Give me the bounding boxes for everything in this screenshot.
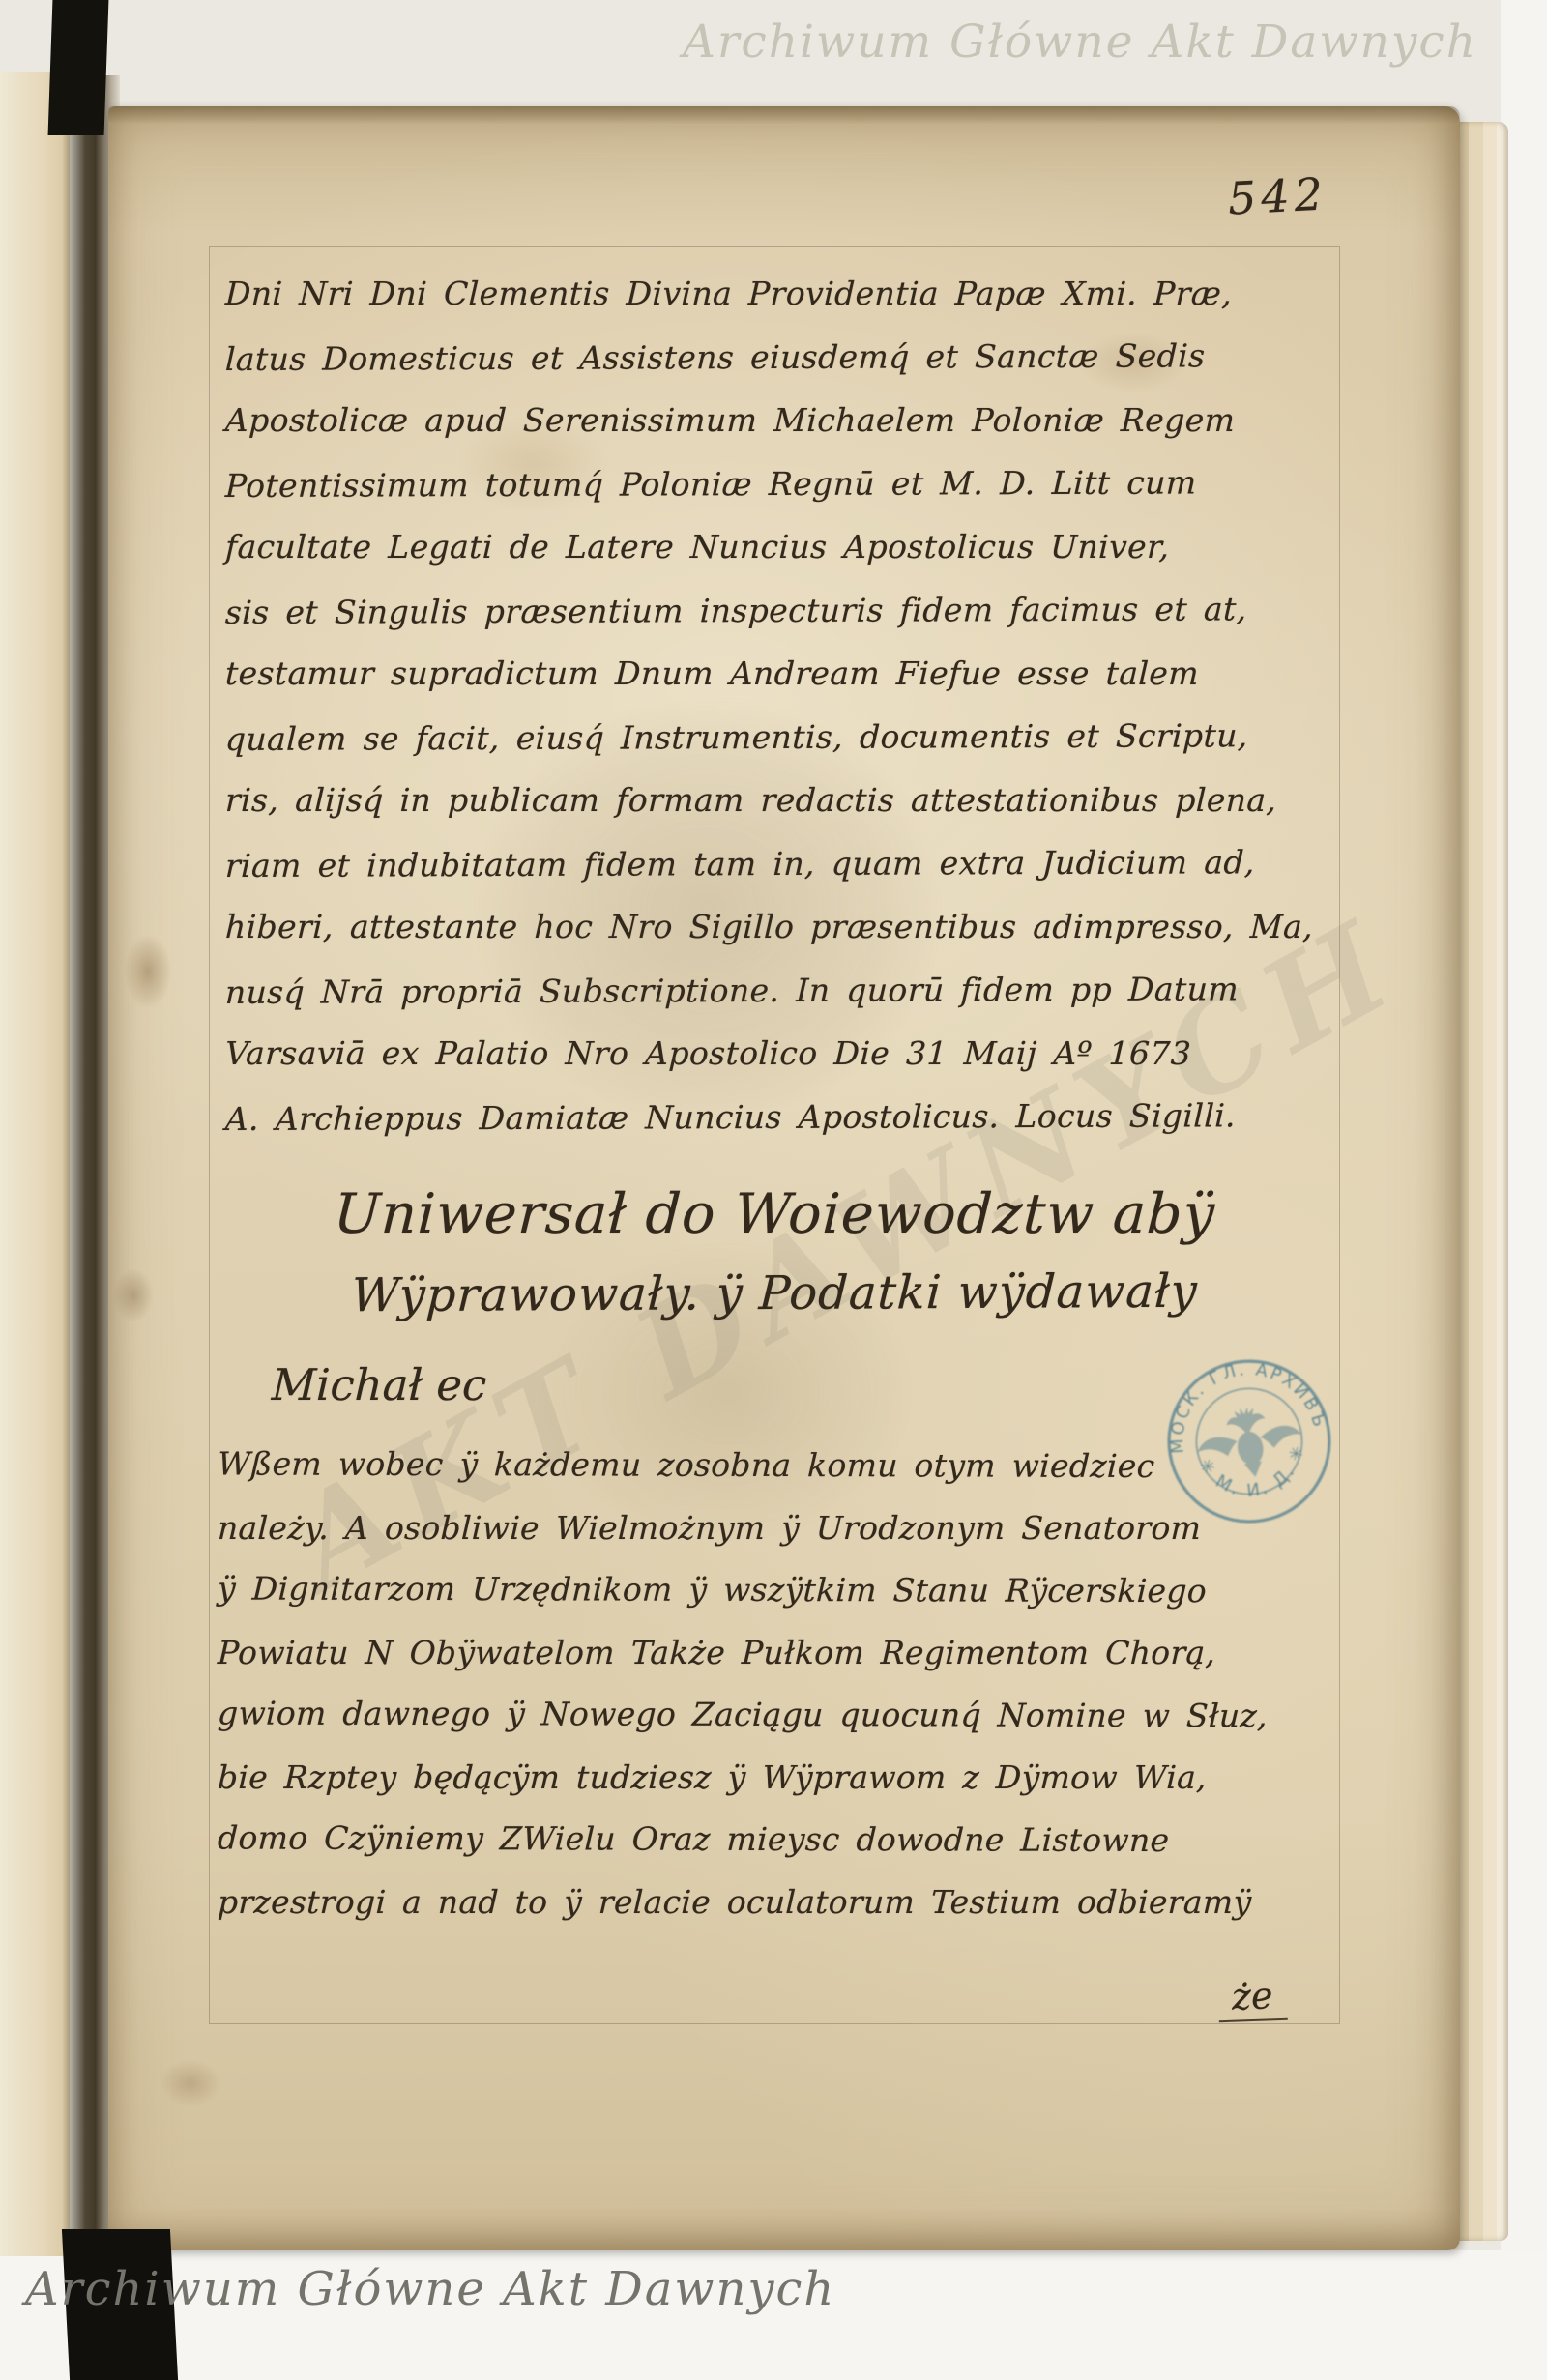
archive-stamp: МОСК. ГЛ. АРХИВЪ ✳ М. И. Д. ✳ bbox=[1148, 1340, 1352, 1544]
latin-attestation-text: Dni Nri Dni Clementis Divina Providentia… bbox=[210, 247, 1339, 1148]
manuscript-line: facultate Legati de Latere Nuncius Apost… bbox=[224, 515, 1332, 579]
manuscript-line: Powiatu N Obÿwatelom Także Pułkom Regime… bbox=[217, 1622, 1340, 1685]
manuscript-line: bie Rzptey będącÿm tudziesz ÿ Wÿprawom z… bbox=[217, 1747, 1340, 1810]
book-spine-bottom bbox=[62, 2229, 178, 2380]
manuscript-line: qualem se facit, eiusq́ Instrumentis, do… bbox=[224, 704, 1332, 770]
manuscript-page: AKT DAWNYCH 542 Dni Nri Dni Clementis Di… bbox=[108, 106, 1460, 2250]
universal-heading: Uniwersał do Woiewodztw abÿ Wÿprawowały.… bbox=[210, 1174, 1339, 1332]
manuscript-line: ris, alijsq́ in publicam formam redactis… bbox=[224, 769, 1332, 832]
page-stack-edges bbox=[1456, 122, 1508, 2241]
manuscript-line: Dni Nri Dni Clementis Divina Providentia… bbox=[224, 262, 1332, 326]
heading-line-2: Wÿprawowały. ÿ Podatki wÿdawały bbox=[208, 1252, 1341, 1335]
facing-page-edge bbox=[0, 72, 70, 2256]
manuscript-line: testamur supradictum Dnum Andream Fiefue… bbox=[224, 642, 1332, 706]
manuscript-line: Varsaviā ex Palatio Nro Apostolico Die 3… bbox=[224, 1022, 1332, 1086]
catchword: że bbox=[1218, 1974, 1288, 2022]
archive-watermark-top: Archiwum Główne Akt Dawnych bbox=[683, 15, 1477, 69]
paper-stain bbox=[147, 2049, 234, 2117]
manuscript-line: nusq́ Nrā propriā Subscriptione. In quor… bbox=[224, 957, 1332, 1024]
manuscript-line: hiberi, attestante hoc Nro Sigillo præse… bbox=[224, 895, 1332, 959]
manuscript-line: A. Archieppus Damiatæ Nuncius Apostolicu… bbox=[224, 1084, 1332, 1150]
manuscript-line: domo Czÿniemy ZWielu Oraz mieysc dowodne… bbox=[217, 1807, 1340, 1872]
manuscript-line: ÿ Dignitarzom Urzędnikom ÿ wszÿtkim Stan… bbox=[217, 1557, 1340, 1623]
paper-stain bbox=[104, 1257, 162, 1334]
page-number: 542 bbox=[1227, 167, 1328, 224]
manuscript-line: Apostolicæ apud Serenissimum Michaelem P… bbox=[224, 389, 1332, 452]
heading-line-1: Uniwersał do Woiewodztw abÿ bbox=[208, 1174, 1341, 1255]
polish-universal-text: Wßem wobec ÿ każdemu zosobna komu otym w… bbox=[210, 1435, 1339, 1933]
paper-stain bbox=[114, 918, 182, 1025]
manuscript-line: Potentissimum totumq́ Poloniæ Regnū et M… bbox=[224, 450, 1332, 517]
manuscript-line: przestrogi a nad to ÿ relacie oculatorum… bbox=[217, 1872, 1340, 1934]
book-spine-top bbox=[48, 0, 109, 135]
scan-background-bottom bbox=[0, 2250, 1547, 2380]
manuscript-line: riam et indubitatam fidem tam in, quam e… bbox=[224, 830, 1332, 897]
manuscript-line: gwiom dawnego ÿ Nowego Zaciągu quocunq́ … bbox=[217, 1682, 1340, 1748]
manuscript-line: sis et Singulis præsentium inspecturis f… bbox=[224, 577, 1332, 644]
ruled-text-frame: Dni Nri Dni Clementis Divina Providentia… bbox=[209, 246, 1340, 2024]
manuscript-line: latus Domesticus et Assistens eiusdemq́ … bbox=[224, 324, 1332, 391]
